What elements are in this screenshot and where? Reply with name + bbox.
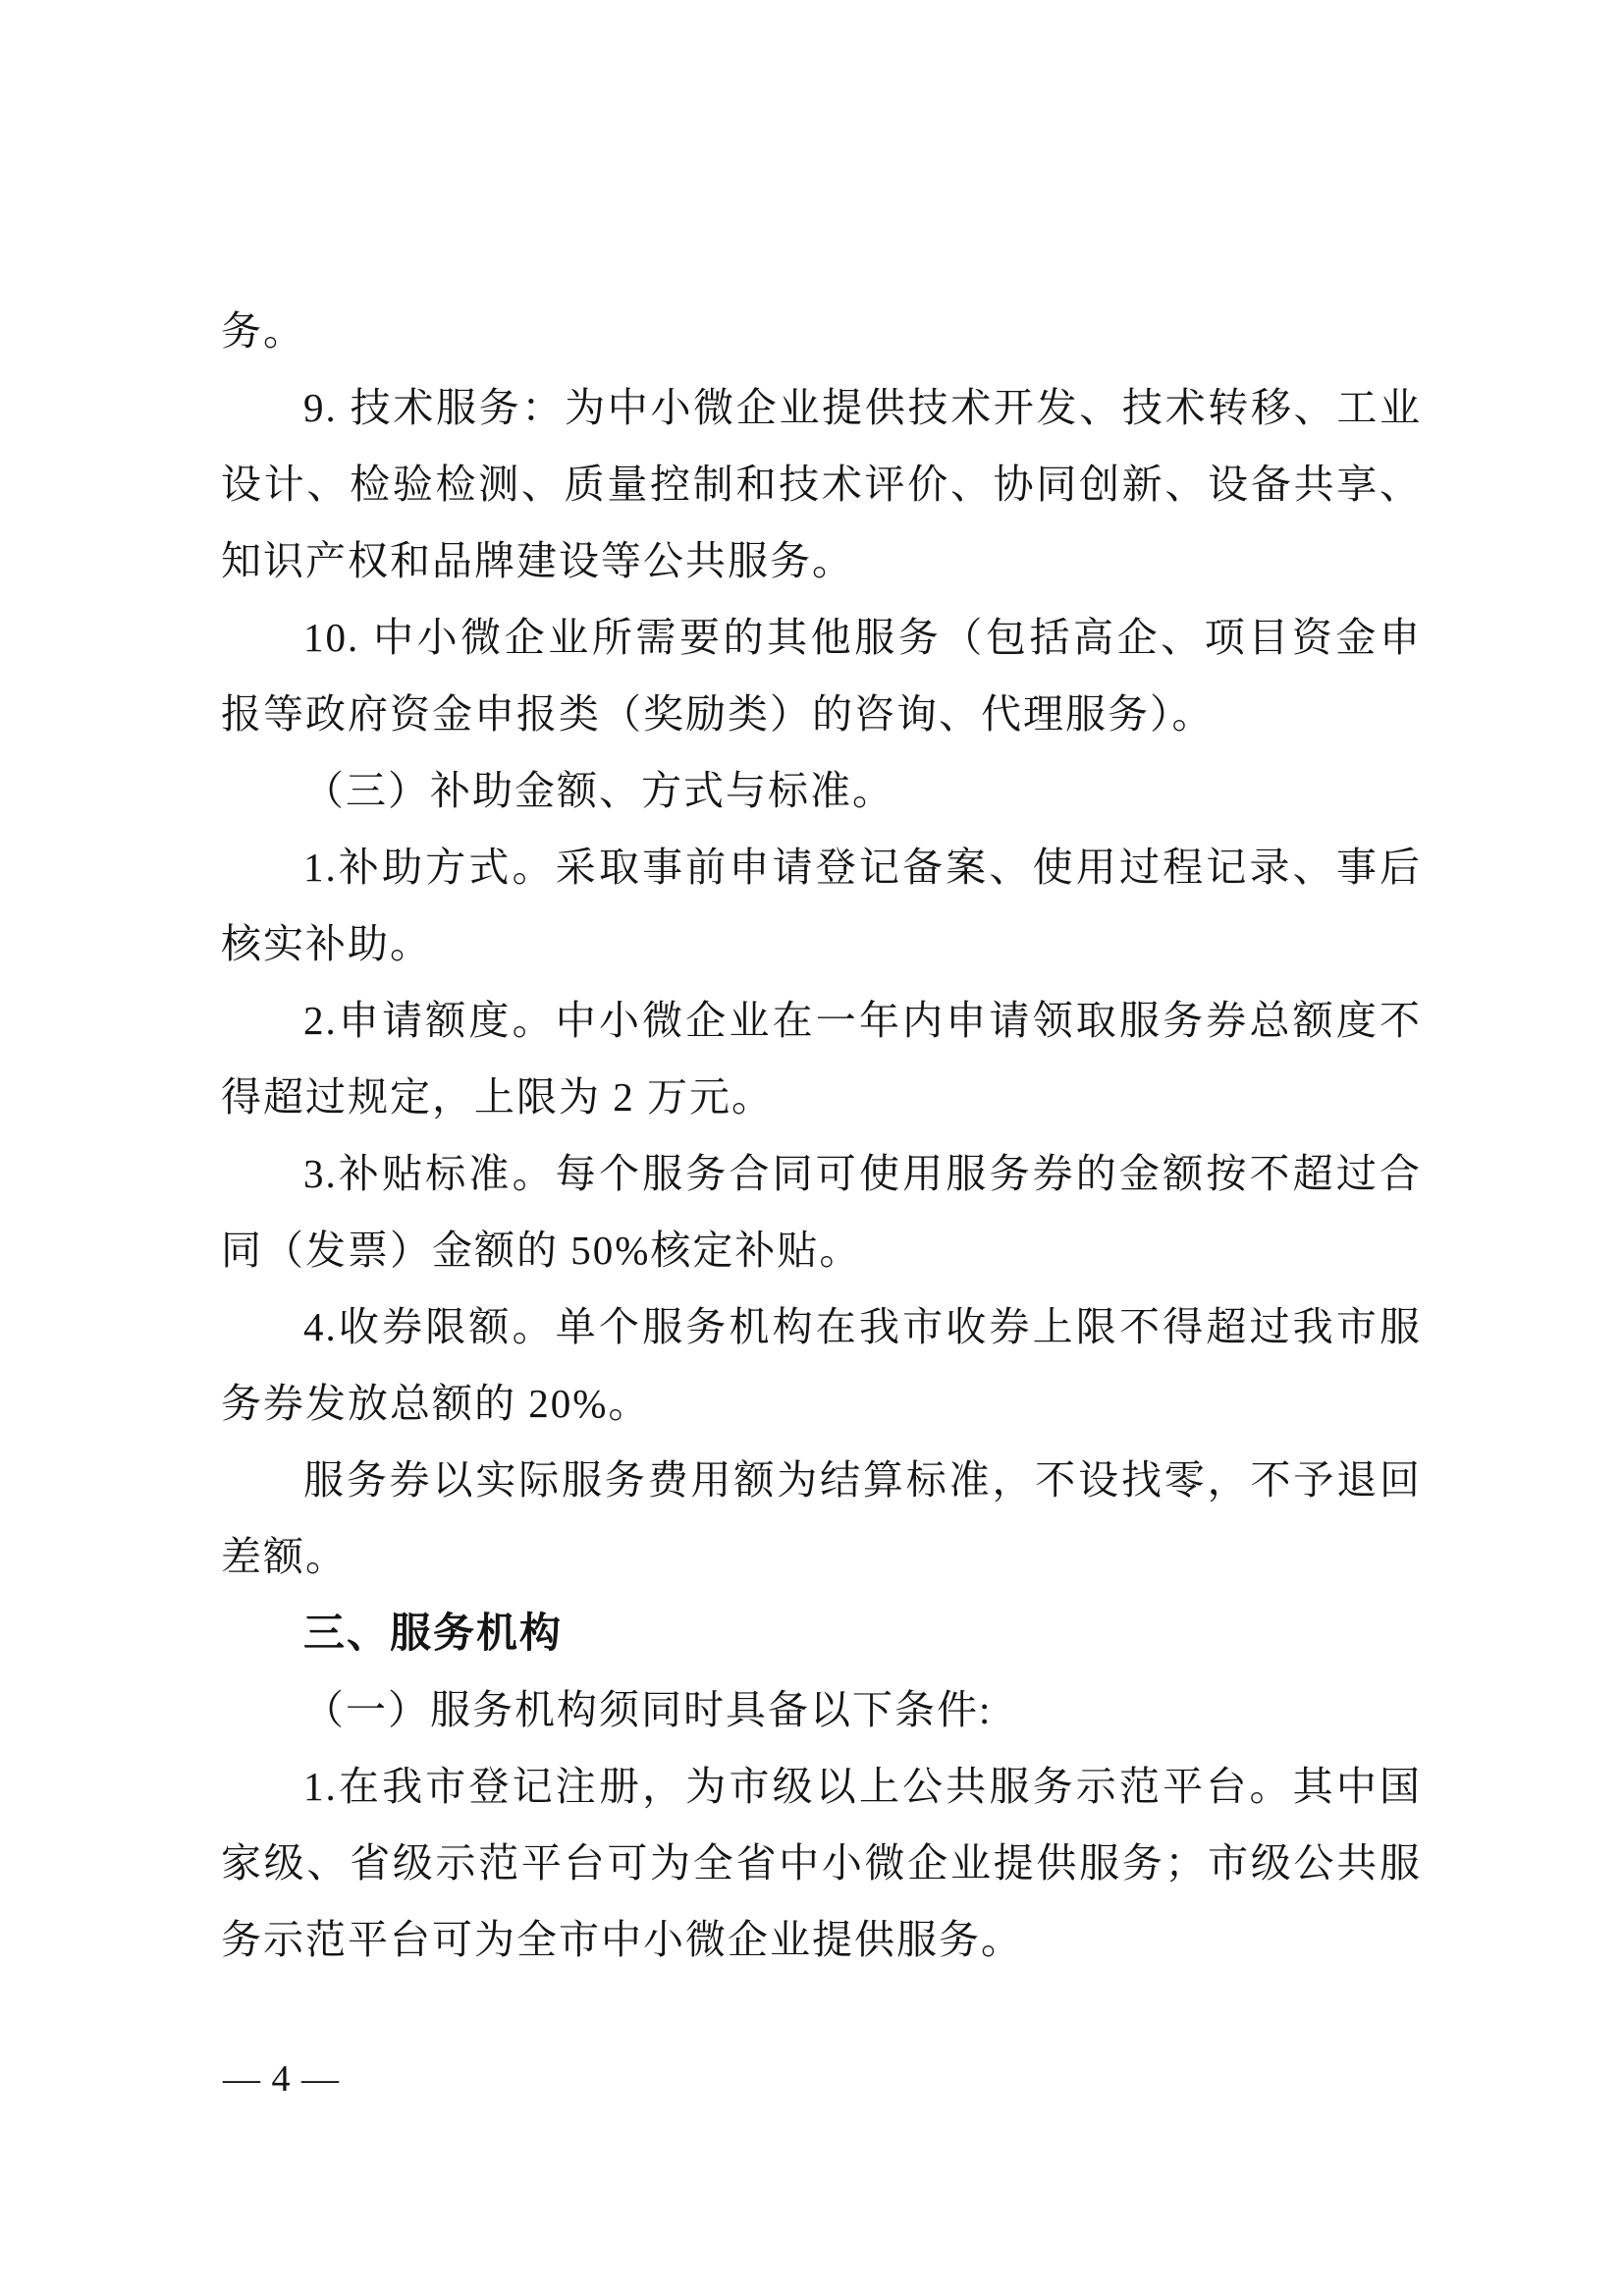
text-line: 1.补助方式。采取事前申请登记备案、使用过程记录、事后: [221, 829, 1422, 905]
text-line: 核实补助。: [221, 905, 1422, 982]
text-line: 设计、检验检测、质量控制和技术评价、协同创新、设备共享、: [221, 446, 1422, 522]
text-line: 务。: [221, 293, 1422, 369]
text-line: 报等政府资金申报类（奖励类）的咨询、代理服务）。: [221, 676, 1422, 752]
text-line: 得超过规定，上限为 2 万元。: [221, 1059, 1422, 1135]
text-line: 服务券以实际服务费用额为结算标准，不设找零，不予退回: [221, 1442, 1422, 1518]
text-line: 9. 技术服务：为中小微企业提供技术开发、技术转移、工业: [221, 369, 1422, 446]
text-line: 务券发放总额的 20%。: [221, 1365, 1422, 1442]
text-line: 知识产权和品牌建设等公共服务。: [221, 522, 1422, 599]
page-number: — 4 —: [223, 2057, 340, 2101]
text-line: 10. 中小微企业所需要的其他服务（包括高企、项目资金申: [221, 599, 1422, 676]
text-line: 务示范平台可为全市中小微企业提供服务。: [221, 1901, 1422, 1978]
text-line: 2.申请额度。中小微企业在一年内申请领取服务券总额度不: [221, 982, 1422, 1059]
text-line: 差额。: [221, 1518, 1422, 1595]
section-heading: 三、服务机构: [221, 1595, 1422, 1671]
text-line: 3.补贴标准。每个服务合同可使用服务券的金额按不超过合: [221, 1135, 1422, 1212]
document-lines: 务。9. 技术服务：为中小微企业提供技术开发、技术转移、工业设计、检验检测、质量…: [221, 293, 1422, 1978]
text-line: （三）补助金额、方式与标准。: [221, 752, 1422, 829]
text-line: 1.在我市登记注册，为市级以上公共服务示范平台。其中国: [221, 1748, 1422, 1825]
document-page: 务。9. 技术服务：为中小微企业提供技术开发、技术转移、工业设计、检验检测、质量…: [0, 0, 1623, 2296]
text-line: （一）服务机构须同时具备以下条件:: [221, 1671, 1422, 1748]
text-line: 同（发票）金额的 50%核定补贴。: [221, 1212, 1422, 1288]
text-line: 4.收券限额。单个服务机构在我市收券上限不得超过我市服: [221, 1288, 1422, 1365]
text-line: 家级、省级示范平台可为全省中小微企业提供服务；市级公共服: [221, 1825, 1422, 1901]
